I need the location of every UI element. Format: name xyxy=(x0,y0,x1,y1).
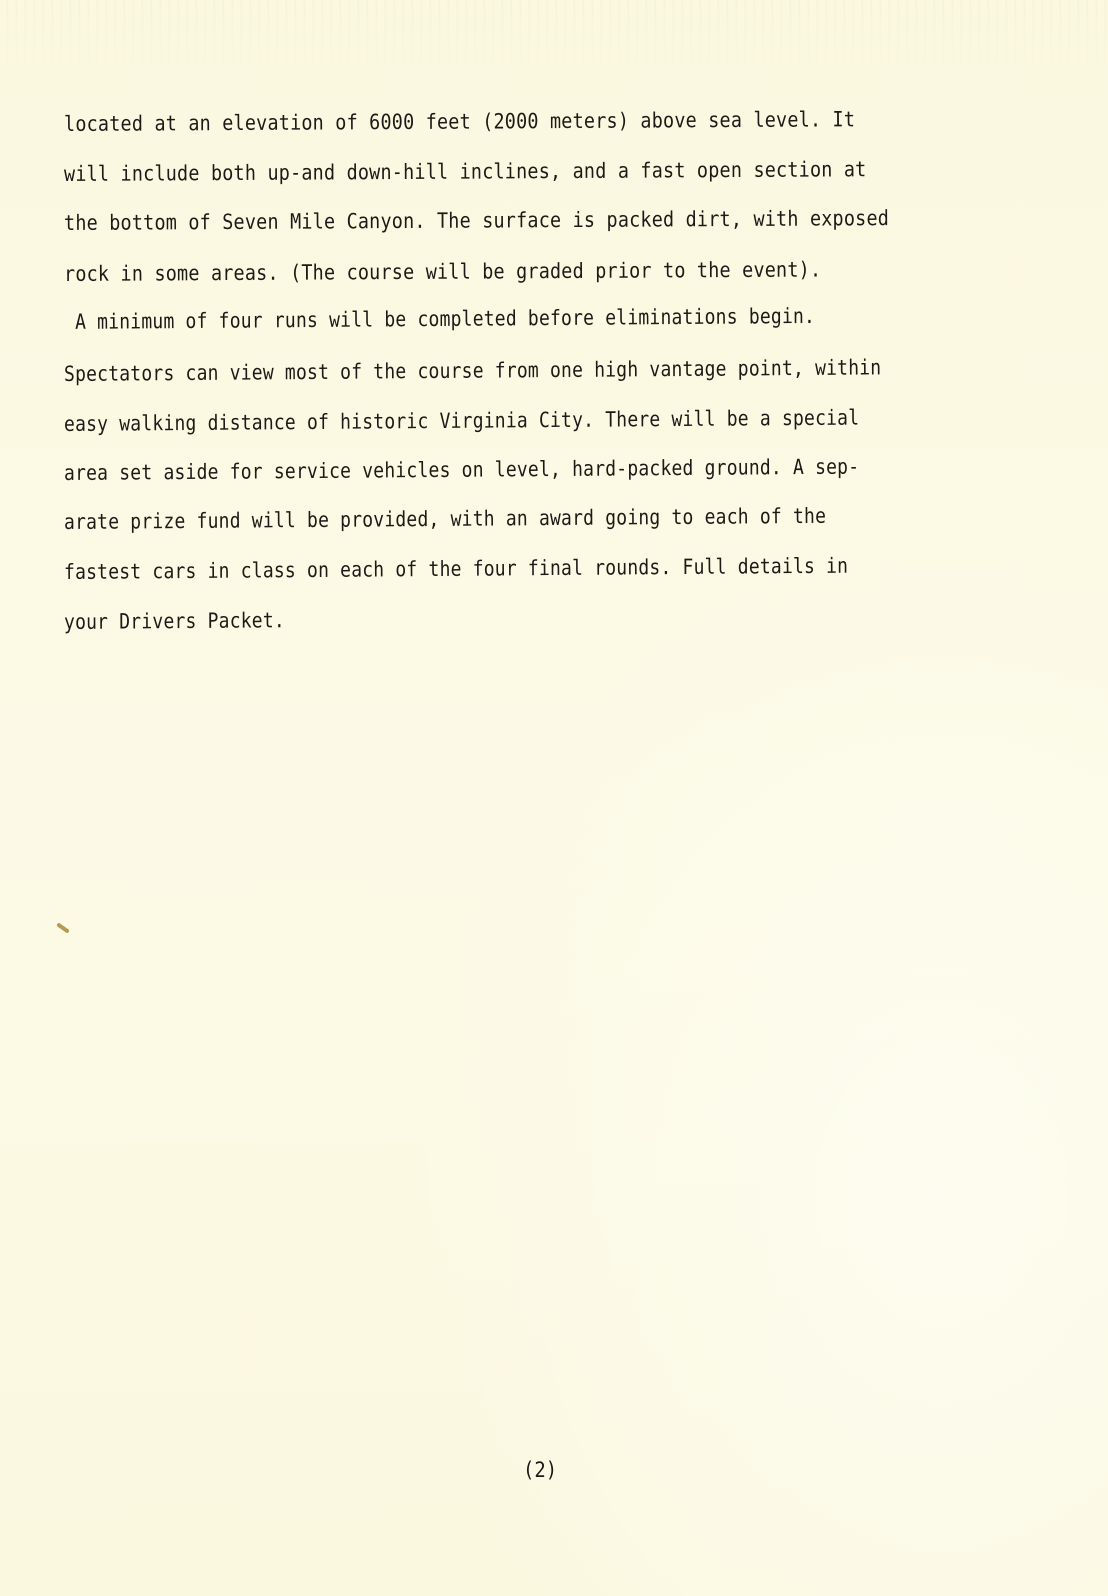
bleed-through-texture xyxy=(0,0,1108,90)
text-line: the bottom of Seven Mile Canyon. The sur… xyxy=(64,206,889,235)
text-line: your Drivers Packet. xyxy=(64,608,285,634)
paper-speck-mark xyxy=(56,922,70,933)
text-line: arate prize fund will be provided, with … xyxy=(64,504,826,534)
text-line: easy walking distance of historic Virgin… xyxy=(64,406,859,436)
text-line: A minimum of four runs will be completed… xyxy=(64,304,815,334)
page-number: (2) xyxy=(523,1458,557,1482)
text-line: area set aside for service vehicles on l… xyxy=(64,455,859,485)
text-line: located at an elevation of 6000 feet (20… xyxy=(64,107,855,136)
text-line: will include both up-and down-hill incli… xyxy=(64,157,867,186)
text-line: fastest cars in class on each of the fou… xyxy=(64,554,848,584)
text-line: Spectators can view most of the course f… xyxy=(64,355,881,386)
text-line: rock in some areas. (The course will be … xyxy=(64,257,821,286)
document-page: located at an elevation of 6000 feet (20… xyxy=(0,0,1108,1596)
